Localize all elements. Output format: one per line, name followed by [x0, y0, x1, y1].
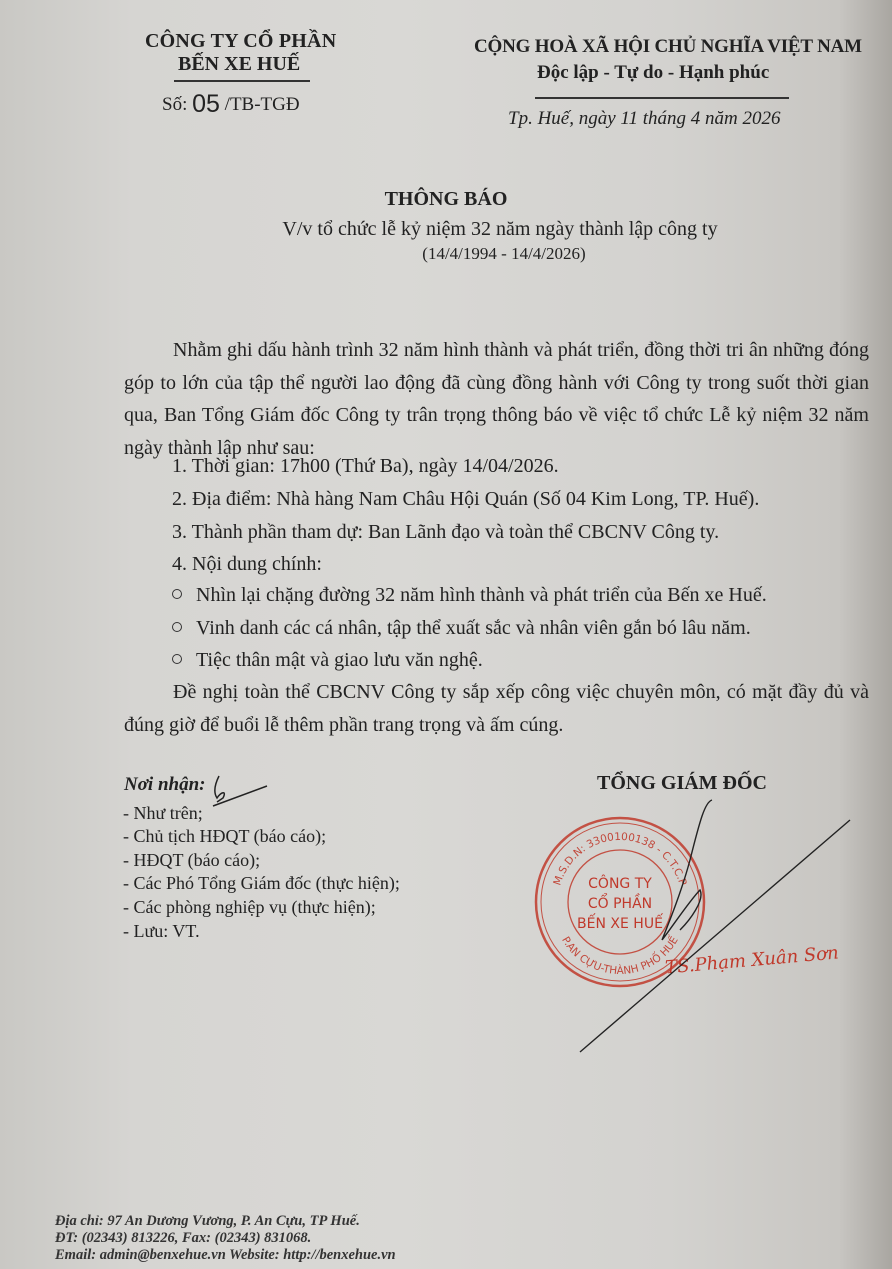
closing-paragraph: Đề nghị toàn thể CBCNV Công ty sắp xếp c… [124, 676, 869, 741]
anniversary-period: (14/4/1994 - 14/4/2026) [0, 244, 892, 264]
detail-item-attendees: 3. Thành phần tham dự: Ban Lãnh đạo và t… [172, 521, 719, 544]
content-bullet: Nhìn lại chặng đường 32 năm hình thành v… [172, 584, 767, 607]
doc-number-prefix: Số: [162, 94, 187, 115]
detail-item-time: 1. Thời gian: 17h00 (Thứ Ba), ngày 14/04… [172, 455, 559, 478]
footer-phone: ĐT: (02343) 813226, Fax: (02343) 831068. [55, 1230, 311, 1247]
intro-paragraph: Nhằm ghi dấu hành trình 32 năm hình thàn… [124, 334, 869, 464]
circle-bullet-icon [172, 622, 182, 632]
initials-mark-icon [205, 772, 275, 822]
recipients-title: Nơi nhận: [124, 774, 205, 796]
document-title: THÔNG BÁO [0, 188, 892, 211]
motto-underline [535, 97, 789, 99]
recipient-item: - Các phòng nghiệp vụ (thực hiện); [123, 897, 376, 918]
circle-bullet-icon [172, 589, 182, 599]
document-number: Số: 05 /TB-TGĐ [162, 88, 300, 117]
nation-title: CỘNG HOÀ XÃ HỘI CHỦ NGHĨA VIỆT NAM [474, 36, 862, 58]
detail-item-content: 4. Nội dung chính: [172, 553, 322, 576]
doc-number-value: 05 [192, 90, 220, 118]
national-motto: Độc lập - Tự do - Hạnh phúc [537, 62, 769, 84]
content-bullet: Vinh danh các cá nhân, tập thể xuất sắc … [172, 617, 751, 640]
detail-item-location: 2. Địa điểm: Nhà hàng Nam Châu Hội Quán … [172, 488, 759, 511]
company-name-line1: CÔNG TY CỔ PHẦN [145, 30, 336, 53]
handwritten-signature-icon [540, 790, 860, 1070]
doc-number-suffix: /TB-TGĐ [225, 94, 300, 115]
footer-contact: Email: admin@benxehue.vn Website: http:/… [55, 1247, 396, 1264]
recipient-item: - Các Phó Tổng Giám đốc (thực hiện); [123, 873, 400, 894]
recipient-item: - Như trên; [123, 803, 203, 824]
recipient-item: - Lưu: VT. [123, 921, 200, 942]
circle-bullet-icon [172, 654, 182, 664]
footer-address: Địa chỉ: 97 An Dương Vương, P. An Cựu, T… [55, 1213, 360, 1230]
recipient-item: - HĐQT (báo cáo); [123, 850, 260, 871]
place-date: Tp. Huế, ngày 11 tháng 4 năm 2026 [508, 108, 781, 130]
content-bullet: Tiệc thân mật và giao lưu văn nghệ. [172, 649, 483, 672]
recipient-item: - Chủ tịch HĐQT (báo cáo); [123, 826, 326, 847]
document-subject: V/v tổ chức lễ kỷ niệm 32 năm ngày thành… [0, 218, 892, 241]
company-name-line2: BẾN XE HUẾ [178, 53, 300, 76]
company-underline [174, 80, 310, 82]
